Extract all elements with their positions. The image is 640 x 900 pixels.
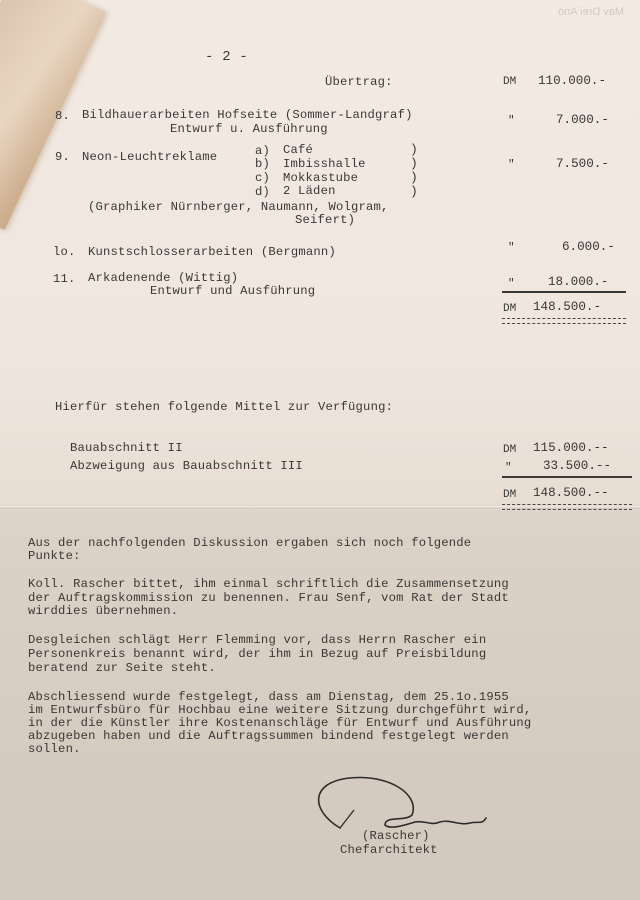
brace: ) xyxy=(410,143,418,157)
item-8-amount: 7.000.- xyxy=(556,113,609,127)
item-9a-label: Café xyxy=(283,143,313,157)
page-number: - 2 - xyxy=(205,50,248,64)
paragraph-3-line2: im Entwurfsbüro für Hochbau eine weitere… xyxy=(28,703,531,717)
signatory-name: (Rascher) xyxy=(362,829,430,843)
total-double-rule xyxy=(502,318,626,324)
paragraph-3-line1: Abschliessend wurde festgelegt, dass am … xyxy=(28,690,509,704)
brace: ) xyxy=(410,185,418,199)
paragraph-1-line2: der Auftragskommission zu benennen. Frau… xyxy=(28,591,509,605)
brace: ) xyxy=(410,171,418,185)
carryover-amount: 110.000.- xyxy=(538,74,606,88)
item-9-currency: " xyxy=(508,158,515,172)
item-9d-label: 2 Läden xyxy=(283,184,336,198)
item-9-amount: 7.500.- xyxy=(556,157,609,171)
funding-sum-rule xyxy=(502,476,632,478)
item-11-amount: 18.000.- xyxy=(548,275,608,289)
paragraph-2-line2: Personenkreis benannt wird, der ihm in B… xyxy=(28,647,486,661)
paragraph-2-line1: Desgleichen schlägt Herr Flemming vor, d… xyxy=(28,633,486,647)
item-9c-label: Mokkastube xyxy=(283,171,358,185)
total-currency: DM xyxy=(503,302,516,316)
item-9c-key: c) xyxy=(255,171,270,185)
funding-row-2-amount: 33.500.-- xyxy=(543,459,611,473)
funding-total-amount: 148.500.-- xyxy=(533,486,609,500)
item-11-currency: " xyxy=(508,277,515,291)
item-9-note-line1: (Graphiker Nürnberger, Naumann, Wolgram, xyxy=(88,200,389,214)
funding-row-1-label: Bauabschnitt II xyxy=(70,441,183,455)
item-10-amount: 6.000.- xyxy=(562,240,615,254)
item-8-number: 8. xyxy=(55,109,70,123)
funding-row-2-currency: " xyxy=(505,461,512,475)
funding-heading: Hierfür stehen folgende Mittel zur Verfü… xyxy=(55,400,393,414)
paragraph-3-line4: abzugeben haben und die Auftragssummen b… xyxy=(28,729,509,743)
item-9-note-line2: Seifert) xyxy=(295,213,355,227)
item-11-title: Arkadenende (Wittig) xyxy=(88,271,238,285)
item-10-title: Kunstschlosserarbeiten (Bergmann) xyxy=(88,245,336,259)
paragraph-3-line5: sollen. xyxy=(28,742,81,756)
discussion-intro-line2: Punkte: xyxy=(28,549,81,563)
funding-row-2-label: Abzweigung aus Bauabschnitt III xyxy=(70,459,303,473)
paragraph-2-line3: beratend zur Seite steht. xyxy=(28,661,216,675)
brace: ) xyxy=(410,157,418,171)
item-8-title: Bildhauerarbeiten Hofseite (Sommer-Landg… xyxy=(82,108,413,122)
item-8-currency: " xyxy=(508,114,515,128)
item-11-subtitle: Entwurf und Ausführung xyxy=(150,284,315,298)
discussion-intro-line1: Aus der nachfolgenden Diskussion ergaben… xyxy=(28,536,471,550)
funding-total-double-rule xyxy=(502,504,632,510)
bleed-through-text: Mav Drei Anö xyxy=(558,6,624,18)
carryover-label: Übertrag: xyxy=(325,75,393,89)
carryover-currency: DM xyxy=(503,75,516,89)
item-9-title: Neon-Leuchtreklame xyxy=(82,150,217,164)
item-9b-key: b) xyxy=(255,157,270,171)
paragraph-1-line1: Koll. Rascher bittet, ihm einmal schrift… xyxy=(28,577,509,591)
item-10-currency: " xyxy=(508,241,515,255)
item-9a-key: a) xyxy=(255,144,270,158)
item-9d-key: d) xyxy=(255,185,270,199)
item-11-number: 11. xyxy=(53,272,76,286)
item-9-number: 9. xyxy=(55,150,70,164)
paragraph-1-line3: wirddies übernehmen. xyxy=(28,604,178,618)
funding-row-1-amount: 115.000.-- xyxy=(533,441,609,455)
document-page: Mav Drei Anö - 2 - Übertrag: DM 110.000.… xyxy=(0,0,640,900)
paragraph-3-line3: in der die Künstler ihre Kostenanschläge… xyxy=(28,716,531,730)
item-8-subtitle: Entwurf u. Ausführung xyxy=(170,122,328,136)
signatory-title: Chefarchitekt xyxy=(340,843,438,857)
sum-rule xyxy=(502,291,626,293)
total-amount: 148.500.- xyxy=(533,300,601,314)
funding-row-1-currency: DM xyxy=(503,443,516,457)
item-10-number: lo. xyxy=(53,245,76,259)
funding-total-currency: DM xyxy=(503,488,516,502)
item-9b-label: Imbisshalle xyxy=(283,157,366,171)
